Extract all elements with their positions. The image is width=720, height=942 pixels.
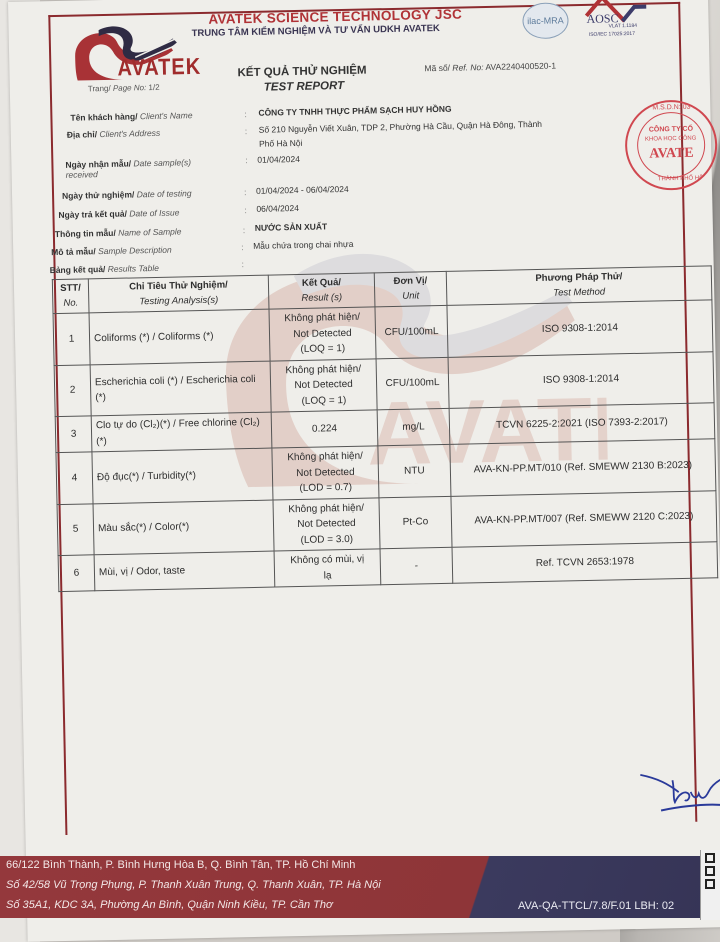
header-result: Kết Quả/Result (s) <box>268 273 375 310</box>
cell-no: 1 <box>53 313 90 365</box>
cell-analysis: Màu sắc(*) / Color(*) <box>93 500 274 555</box>
ref-value: AVA2240400520-1 <box>485 61 556 72</box>
date-received-value: 01/04/2024 <box>257 154 300 165</box>
footer-address-cantho: Số 35A1, KDC 3A, Phường An Bình, Quận Ni… <box>6 899 333 911</box>
result-line: (LOQ = 1) <box>300 343 345 355</box>
cell-no: 2 <box>54 365 91 417</box>
signature-icon <box>638 765 720 817</box>
footer-address-hcm: 66/122 Bình Thành, P. Bình Hưng Hòa B, Q… <box>6 859 355 871</box>
cell-unit: CFU/100mL <box>375 306 448 359</box>
cell-analysis: Coliforms (*) / Coliforms (*) <box>89 310 270 365</box>
cell-method: ISO 9308-1:2014 <box>448 352 714 409</box>
results-table: STT/No. Chỉ Tiêu Thử Nghiệm/Testing Anal… <box>52 265 718 592</box>
cell-unit: Pt-Co <box>379 496 452 549</box>
cell-analysis: Clo tự do (Cl₂)(*) / Free chlorine (Cl₂)… <box>91 413 272 453</box>
page-no-label-en: Page No: <box>113 83 147 93</box>
page-no-value: 1/2 <box>148 83 159 92</box>
colon: : <box>244 187 247 197</box>
cell-unit: - <box>380 548 453 586</box>
cell-unit: NTU <box>378 445 451 498</box>
cell-method: Ref. TCVN 2653:1978 <box>452 542 718 584</box>
date-testing-value: 01/04/2024 - 06/04/2024 <box>256 184 349 196</box>
colon: : <box>245 126 248 136</box>
cell-result: 0.224 <box>271 410 378 448</box>
cell-no: 5 <box>57 504 94 556</box>
form-code: AVA-QA-TTCL/7.8/F.01 LBH: 02 <box>518 900 674 912</box>
colon: : <box>243 225 246 235</box>
result-line: Not Detected <box>296 467 355 479</box>
page-number: Trang/ Page No: 1/2 <box>88 83 160 94</box>
cell-method: ISO 9308-1:2014 <box>447 300 713 357</box>
header-method: Phương Pháp Thử/Test Method <box>446 266 712 306</box>
result-line: (LOD = 0.7) <box>299 482 352 494</box>
stamp-line-2: KHOA HỌC CÔNG <box>645 136 696 143</box>
colon: : <box>241 242 244 252</box>
cell-analysis: Độ đục(*) / Turbidity(*) <box>92 449 273 504</box>
report-title-en: TEST REPORT <box>264 80 345 94</box>
cell-analysis: Mùi, vị / Odor, taste <box>94 551 275 591</box>
aosc-standard: ISO/IEC 17025:2017 <box>589 31 635 38</box>
cell-method: AVA-KN-PP.MT/010 (Ref. SMEWW 2130 B:2023… <box>450 439 716 496</box>
client-address-value-line2: Phố Hà Nội <box>259 138 303 149</box>
stamp-top-text: M.S.D.N: 03 769 <box>652 103 704 111</box>
cell-unit: CFU/100mL <box>376 357 449 410</box>
cell-result: Không phát hiện/Not Detected(LOD = 3.0) <box>273 498 380 552</box>
footer-address-hanoi: Số 42/58 Vũ Trọng Phụng, P. Thanh Xuân T… <box>6 879 381 891</box>
stamp-line-3: AVATE <box>649 146 694 163</box>
cell-result: Không phát hiện/Not Detected(LOD = 0.7) <box>272 446 379 500</box>
cell-result: Không có mùi, vịlạ <box>274 549 381 587</box>
footer-band: 66/122 Bình Thành, P. Bình Hưng Hòa B, Q… <box>0 856 720 918</box>
stamp-bottom-text: THÀNH PHỐ HỒ <box>658 175 704 182</box>
cell-no: 6 <box>58 555 95 592</box>
header-analysis: Chỉ Tiêu Thử Nghiệm/Testing Analysis(s) <box>88 275 269 313</box>
colon: : <box>244 109 247 119</box>
colon: : <box>245 155 248 165</box>
page-no-label-vi: Trang/ <box>88 84 111 93</box>
company-seal-stamp: M.S.D.N: 03 769 CÔNG TY CỔ KHOA HỌC CÔNG… <box>624 99 718 191</box>
result-line: Không phát hiện/ <box>285 364 361 377</box>
cell-method: TCVN 6225-2:2021 (ISO 7393-2:2017) <box>449 403 715 445</box>
result-line: Không phát hiện/ <box>288 503 364 516</box>
result-line: Không phát hiện/ <box>287 451 363 464</box>
result-line: Not Detected <box>297 518 356 530</box>
aosc-code: VLAT 1.1184 <box>609 23 637 30</box>
result-line: Không có mùi, vị <box>290 554 364 567</box>
cell-result: Không phát hiện/Not Detected(LOQ = 1) <box>270 359 377 413</box>
sample-name-value: NƯỚC SẢN XUẤT <box>255 221 328 233</box>
stamp-line-1: CÔNG TY CỔ <box>649 126 693 134</box>
cell-analysis: Escherichia coli (*) / Escherichia coli … <box>90 361 271 416</box>
cell-no: 4 <box>56 452 93 504</box>
result-line: 0.224 <box>312 423 337 435</box>
header-unit: Đơn Vị/Unit <box>374 271 447 307</box>
result-line: lạ <box>324 570 332 581</box>
header-no: STT/No. <box>52 279 89 314</box>
date-issue-value: 06/04/2024 <box>256 203 299 214</box>
result-line: Not Detected <box>294 379 353 391</box>
ref-label-en: Ref. No: <box>452 62 483 73</box>
date-received-label: Ngày nhận mẫu/ Date sample(s) received <box>65 157 191 180</box>
qr-code-icon <box>700 850 720 920</box>
result-line: Not Detected <box>293 328 352 340</box>
cell-result: Không phát hiện/Not Detected(LOQ = 1) <box>269 307 376 361</box>
result-line: Không phát hiện/ <box>284 312 360 325</box>
result-line: (LOD = 3.0) <box>300 534 353 546</box>
ref-label-vi: Mã số/ <box>424 63 450 74</box>
cell-no: 3 <box>55 416 92 453</box>
result-line: (LOQ = 1) <box>301 395 346 407</box>
colon: : <box>241 259 244 269</box>
colon: : <box>244 205 247 215</box>
sample-description-value: Mẫu chứa trong chai nhựa <box>253 239 353 251</box>
logo-text: AVATEK <box>117 54 201 82</box>
client-address-label: Địa chỉ/ Client's Address <box>67 128 161 140</box>
cell-method: AVA-KN-PP.MT/007 (Ref. SMEWW 2120 C:2023… <box>451 491 717 548</box>
test-report-page: AVATEK Trang/ Page No: 1/2 AVATEK SCIENC… <box>8 0 720 942</box>
cell-unit: mg/L <box>377 409 450 446</box>
